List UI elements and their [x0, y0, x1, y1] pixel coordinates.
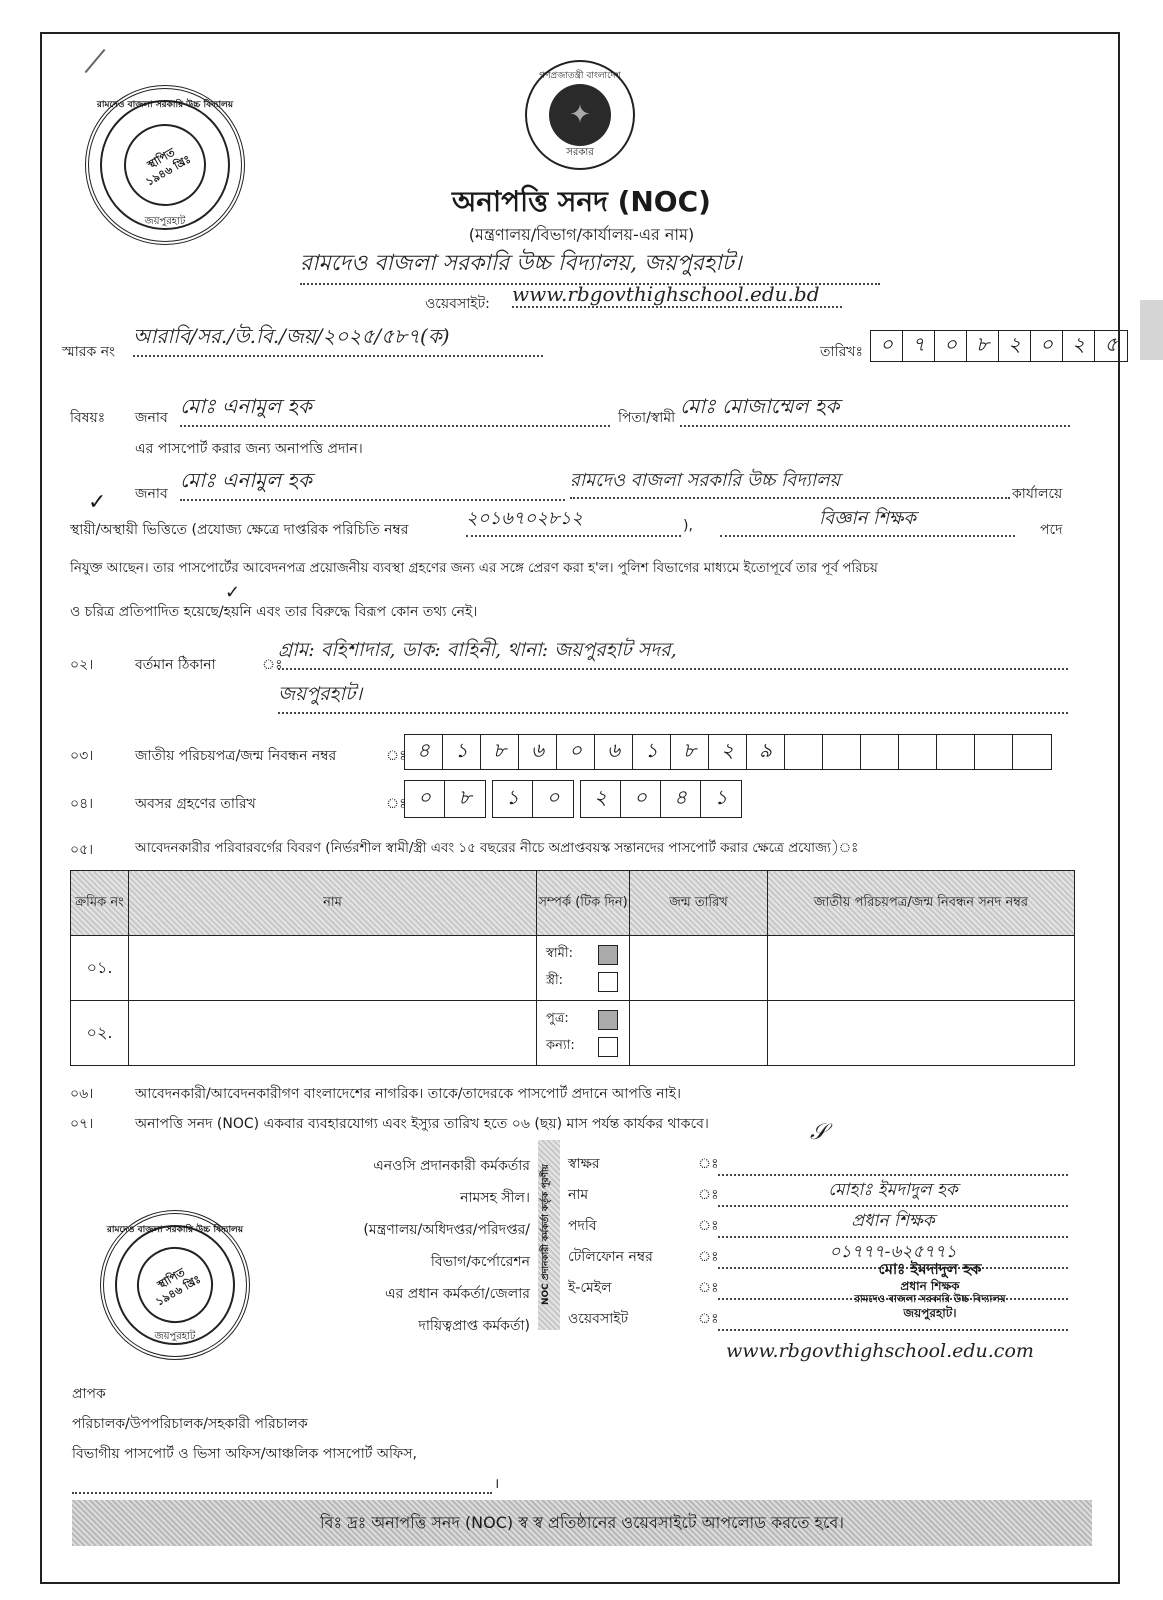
address-line-2[interactable]: জয়পুরহাট। [278, 680, 1068, 714]
website-label: ওয়েবসাইট: [425, 292, 490, 316]
memo-number-field[interactable]: আরাবি/সর./উ.বি./জয়/২০২৫/৫৮৭(ক) [133, 322, 543, 357]
row-dob-cell[interactable] [630, 1001, 768, 1066]
colon: ঃ [698, 1183, 718, 1207]
signatory-description-line: এনওসি প্রদানকারী কর্মকর্তার [300, 1150, 530, 1182]
applicant-name-field[interactable]: মোঃ এনামুল হক [180, 392, 610, 427]
colon: ঃ [698, 1245, 718, 1269]
nid-digit-cell[interactable] [823, 735, 861, 769]
retirement-month-boxes[interactable]: ১০ [492, 780, 574, 818]
checkbox[interactable] [598, 945, 618, 965]
signatory-field-row: পদবিঃপ্রধান শিক্ষক [568, 1207, 1068, 1238]
nid-digit-cell[interactable]: ৮ [671, 735, 709, 769]
signatory-description-line: (মন্ত্রণালয়/অধিদপ্তর/পরিদপ্তর/ [300, 1214, 530, 1246]
col-relation: সম্পর্ক (টিক দিন) [537, 871, 630, 936]
relation-label: কন্যা: [546, 1036, 575, 1057]
relation-label: স্ত্রী: [546, 971, 563, 992]
footer-note: বিঃ দ্রঃ অনাপত্তি সনদ (NOC) স্ব স্ব প্রত… [320, 1510, 844, 1537]
colon: ঃ [698, 1214, 718, 1238]
nid-digit-cell[interactable] [937, 735, 975, 769]
father-name-field[interactable]: মোঃ মোজাম্মেল হক [680, 392, 1070, 427]
footer-note-bar: বিঃ দ্রঃ অনাপত্তি সনদ (NOC) স্ব স্ব প্রত… [72, 1500, 1092, 1546]
subject-line2: এর পাসপোর্ট করার জন্য অনাপত্তি প্রদান। [135, 437, 363, 461]
family-details-label: আবেদনকারীর পরিবারবর্গের বিবরণ (নির্ভরশীল… [135, 838, 858, 860]
col-nid: জাতীয় পরিচয়পত্র/জন্ম নিবন্ধন সনদ নম্বর [768, 871, 1075, 936]
retirement-day-boxes[interactable]: ০৮ [404, 780, 486, 818]
nid-digit-cell[interactable] [1013, 735, 1051, 769]
item-07-number: ০৭। [70, 1112, 93, 1136]
retirement-month-cell[interactable]: ১ [493, 781, 533, 817]
seal-org: রামদেও বাজলা সরকারি উচ্চ বিদ্যালয় [800, 1294, 1060, 1307]
date-digit-cell[interactable]: ৮ [967, 331, 999, 361]
seal-place: জয়পুরহাট। [800, 1306, 1060, 1321]
checkbox[interactable] [598, 972, 618, 992]
seal-title: প্রধান শিক্ষক [800, 1279, 1060, 1294]
date-digit-cell[interactable]: ২ [1063, 331, 1095, 361]
retirement-year-cell[interactable]: ০ [621, 781, 661, 817]
paren-close: ), [683, 518, 693, 534]
nid-digit-cell[interactable]: ৮ [481, 735, 519, 769]
body-janab-label: জনাব [135, 482, 168, 506]
row-relation-cell: স্বামী: স্ত্রী: [537, 936, 630, 1001]
table-row: ০১. স্বামী: স্ত্রী: [71, 936, 1075, 1001]
nid-digit-cell[interactable] [785, 735, 823, 769]
subject-janab-label: জনাব [135, 406, 168, 430]
checkmark-icon: ✓ [88, 490, 106, 515]
date-digit-boxes[interactable]: ০৭০৮২০২৫ [870, 330, 1128, 362]
nid-digit-cell[interactable] [899, 735, 937, 769]
nid-digit-cell[interactable]: ২ [709, 735, 747, 769]
father-label: পিতা/স্বামী [618, 406, 675, 430]
signatory-field-label: টেলিফোন নম্বর [568, 1245, 698, 1269]
signatory-description-line: দায়িত্বপ্রাপ্ত কর্মকর্তা) [300, 1310, 530, 1342]
date-digit-cell[interactable]: ২ [999, 331, 1031, 361]
nid-digit-cell[interactable]: ৯ [747, 735, 785, 769]
signatory-field-label: ই-মেইল [568, 1276, 698, 1300]
row-dob-cell[interactable] [630, 936, 768, 1001]
nid-digit-cell[interactable]: ৬ [595, 735, 633, 769]
relation-option-daughter[interactable]: কন্যা: [546, 1036, 628, 1057]
signatory-field-row: নামঃমোহাঃ ইমদাদুল হক [568, 1176, 1068, 1207]
date-digit-cell[interactable]: ৭ [903, 331, 935, 361]
school-seal-bottom: রামদেও বাজলা সরকারি উচ্চ বিদ্যালয় স্থাপ… [100, 1210, 250, 1360]
seal-ring-text: রামদেও বাজলা সরকারি উচ্চ বিদ্যালয় [89, 97, 241, 112]
row-serial: ০২. [71, 1001, 129, 1066]
emblem-top-text: গণপ্রজাতন্ত্রী বাংলাদেশ [527, 68, 633, 83]
retirement-year-boxes[interactable]: ২০৪১ [580, 780, 742, 818]
col-name: নাম [129, 871, 537, 936]
col-dob: জন্ম তারিখ [630, 871, 768, 936]
nid-digit-cell[interactable] [975, 735, 1013, 769]
retirement-year-cell[interactable]: ১ [701, 781, 741, 817]
colon: ঃ [698, 1152, 718, 1176]
relation-option-husband[interactable]: স্বামী: [546, 944, 628, 965]
item-05-number: ০৫। [70, 838, 93, 862]
item-02-number: ০২। [70, 653, 93, 677]
table-header-row: ক্রমিক নং নাম সম্পর্ক (টিক দিন) জন্ম তার… [71, 871, 1075, 936]
seal-bottom-text: জয়পুরহাট [104, 1329, 246, 1346]
designation-suffix: পদে [1040, 518, 1062, 542]
signatory-field-row: স্বাক্ষরঃ [568, 1145, 1068, 1176]
signatory-field-label: স্বাক্ষর [568, 1152, 698, 1176]
checkbox[interactable] [598, 1037, 618, 1057]
address-label: বর্তমান ঠিকানা [135, 653, 216, 677]
item-07-text: অনাপত্তি সনদ (NOC) একবার ব্যবহারযোগ্য এব… [135, 1112, 709, 1136]
recipient-line-2: বিভাগীয় পাসপোর্ট ও ভিসা অফিস/আঞ্চলিক পা… [72, 1442, 417, 1466]
item-06-number: ০৬। [70, 1082, 93, 1106]
row-name-cell[interactable] [129, 1001, 537, 1066]
date-digit-cell[interactable]: ৫ [1095, 331, 1127, 361]
office-name-field[interactable]: রামদেও বাজলা সরকারি উচ্চ বিদ্যালয়, জয়প… [300, 246, 880, 285]
retirement-year-cell[interactable]: ২ [581, 781, 621, 817]
signature-scribble: 𝒮 [810, 1120, 827, 1145]
retirement-date-label: অবসর গ্রহণের তারিখ [135, 792, 256, 816]
retirement-day-cell[interactable]: ৮ [445, 781, 485, 817]
nid-label: জাতীয় পরিচয়পত্র/জন্ম নিবন্ধন নম্বর [135, 744, 336, 768]
item-04-number: ০৪। [70, 792, 93, 816]
checkbox[interactable] [598, 1010, 618, 1030]
memo-label: স্মারক নং [62, 340, 115, 364]
relation-option-wife[interactable]: স্ত্রী: [546, 971, 628, 992]
row-relation-cell: পুত্র: কন্যা: [537, 1001, 630, 1066]
family-table: ক্রমিক নং নাম সম্পর্ক (টিক দিন) জন্ম তার… [70, 870, 1075, 1066]
recipient-line-3-suffix: । [494, 1474, 499, 1493]
signatory-field-value[interactable]: মোহাঃ ইমদাদুল হক [718, 1177, 1068, 1207]
body-office-field[interactable]: রামদেও বাজলা সরকারি উচ্চ বিদ্যালয় [570, 466, 1010, 499]
basis-label: স্থায়ী/অস্থায়ী ভিত্তিতে (প্রযোজ্য ক্ষে… [70, 518, 408, 542]
bangladesh-map-icon: ✦ [549, 84, 611, 146]
address-line-1[interactable]: গ্রাম: বহিশাদার, ডাক: বাহিনী, থানা: জয়প… [278, 636, 1068, 670]
signatory-field-label: নাম [568, 1183, 698, 1207]
body-name-field[interactable]: মোঃ এনামুল হক [180, 466, 565, 501]
table-row: ০২. পুত্র: কন্যা: [71, 1001, 1075, 1066]
colon: ঃ [698, 1276, 718, 1300]
relation-option-son[interactable]: পুত্র: [546, 1009, 628, 1030]
recipient-line-3-field[interactable] [72, 1478, 492, 1494]
body-paragraph-2: ও চরিত্র প্রতিপাদিত হয়েছে/হয়নি এবং তার… [70, 600, 477, 624]
noc-vertical-label: NOC প্রদানকারী কর্মকর্তা কর্তৃক পূরণীয় [538, 1140, 560, 1330]
website-handwritten: www.rbgovthighschool.edu.com [726, 1340, 1034, 1362]
subject-label: বিষয়ঃ [70, 406, 105, 430]
date-digit-cell[interactable]: ০ [1031, 331, 1063, 361]
nid-digit-cell[interactable]: ১ [633, 735, 671, 769]
row-serial: ০১. [71, 936, 129, 1001]
signatory-description: এনওসি প্রদানকারী কর্মকর্তারনামসহ সীল।(মন… [300, 1150, 530, 1342]
signatory-field-label: পদবি [568, 1214, 698, 1238]
body-paragraph-1: নিযুক্ত আছেন। তার পাসপোর্টের আবেদনপত্র প… [70, 558, 878, 580]
signatory-description-line: এর প্রধান কর্মকর্তা/জেলার [300, 1278, 530, 1310]
row-nid-cell[interactable] [768, 1001, 1075, 1066]
signatory-description-line: বিভাগ/কর্পোরেশন [300, 1246, 530, 1278]
nid-digit-cell[interactable]: ৪ [405, 735, 443, 769]
signatory-field-label: ওয়েবসাইট [568, 1307, 698, 1331]
retirement-day-cell[interactable]: ০ [405, 781, 445, 817]
colon: ঃ [698, 1307, 718, 1331]
relation-label: পুত্র: [546, 1009, 569, 1030]
nid-digit-cell[interactable]: ১ [443, 735, 481, 769]
seal-name: মোঃ ইমদাদুল হক [800, 1260, 1060, 1279]
scan-edge [1140, 300, 1163, 360]
nid-digit-cell[interactable] [861, 735, 899, 769]
signatory-field-value[interactable]: প্রধান শিক্ষক [718, 1208, 1068, 1238]
item-03-number: ০৩। [70, 744, 93, 768]
signatory-field-value[interactable] [718, 1154, 1068, 1176]
signatory-description-line: নামসহ সীল। [300, 1182, 530, 1214]
designation-field[interactable]: বিজ্ঞান শিক্ষক [720, 504, 1015, 537]
date-digit-cell[interactable]: ০ [871, 331, 903, 361]
emblem-bottom-text: সরকার [527, 145, 633, 162]
government-emblem: গণপ্রজাতন্ত্রী বাংলাদেশ ✦ সরকার [525, 60, 635, 170]
retirement-date-boxes[interactable]: ০৮ ১০ ২০৪১ [404, 780, 742, 818]
retirement-year-cell[interactable]: ৪ [661, 781, 701, 817]
website-field[interactable]: www.rbgovthighschool.edu.bd [512, 282, 842, 308]
item-06-text: আবেদনকারী/আবেদনকারীগণ বাংলাদেশের নাগরিক।… [135, 1082, 681, 1106]
office-suffix: কার্যালয়ে [1012, 482, 1062, 506]
recipient-label: প্রাপক [72, 1382, 106, 1406]
officer-seal: মোঃ ইমদাদুল হক প্রধান শিক্ষক রামদেও বাজল… [800, 1260, 1060, 1321]
nid-digit-boxes[interactable]: ৪১৮৬০৬১৮২৯ [404, 734, 1052, 770]
recipient-line-1: পরিচালক/উপপরিচালক/সহকারী পরিচালক [72, 1412, 308, 1436]
relation-label: স্বামী: [546, 944, 573, 965]
seal-ring-text: রামদেও বাজলা সরকারি উচ্চ বিদ্যালয় [104, 1222, 246, 1237]
date-digit-cell[interactable]: ০ [935, 331, 967, 361]
row-nid-cell[interactable] [768, 936, 1075, 1001]
date-label: তারিখঃ [820, 340, 863, 364]
nid-digit-cell[interactable]: ০ [557, 735, 595, 769]
retirement-month-cell[interactable]: ০ [533, 781, 573, 817]
col-serial: ক্রমিক নং [71, 871, 129, 936]
official-id-field[interactable]: ২০১৬৭০২৮১২ [466, 504, 681, 537]
row-name-cell[interactable] [129, 936, 537, 1001]
nid-digit-cell[interactable]: ৬ [519, 735, 557, 769]
document-subtitle: (মন্ত্রণালয়/বিভাগ/কার্যালয়-এর নাম) [0, 222, 1163, 249]
document-title: অনাপত্তি সনদ (NOC) [0, 180, 1163, 227]
